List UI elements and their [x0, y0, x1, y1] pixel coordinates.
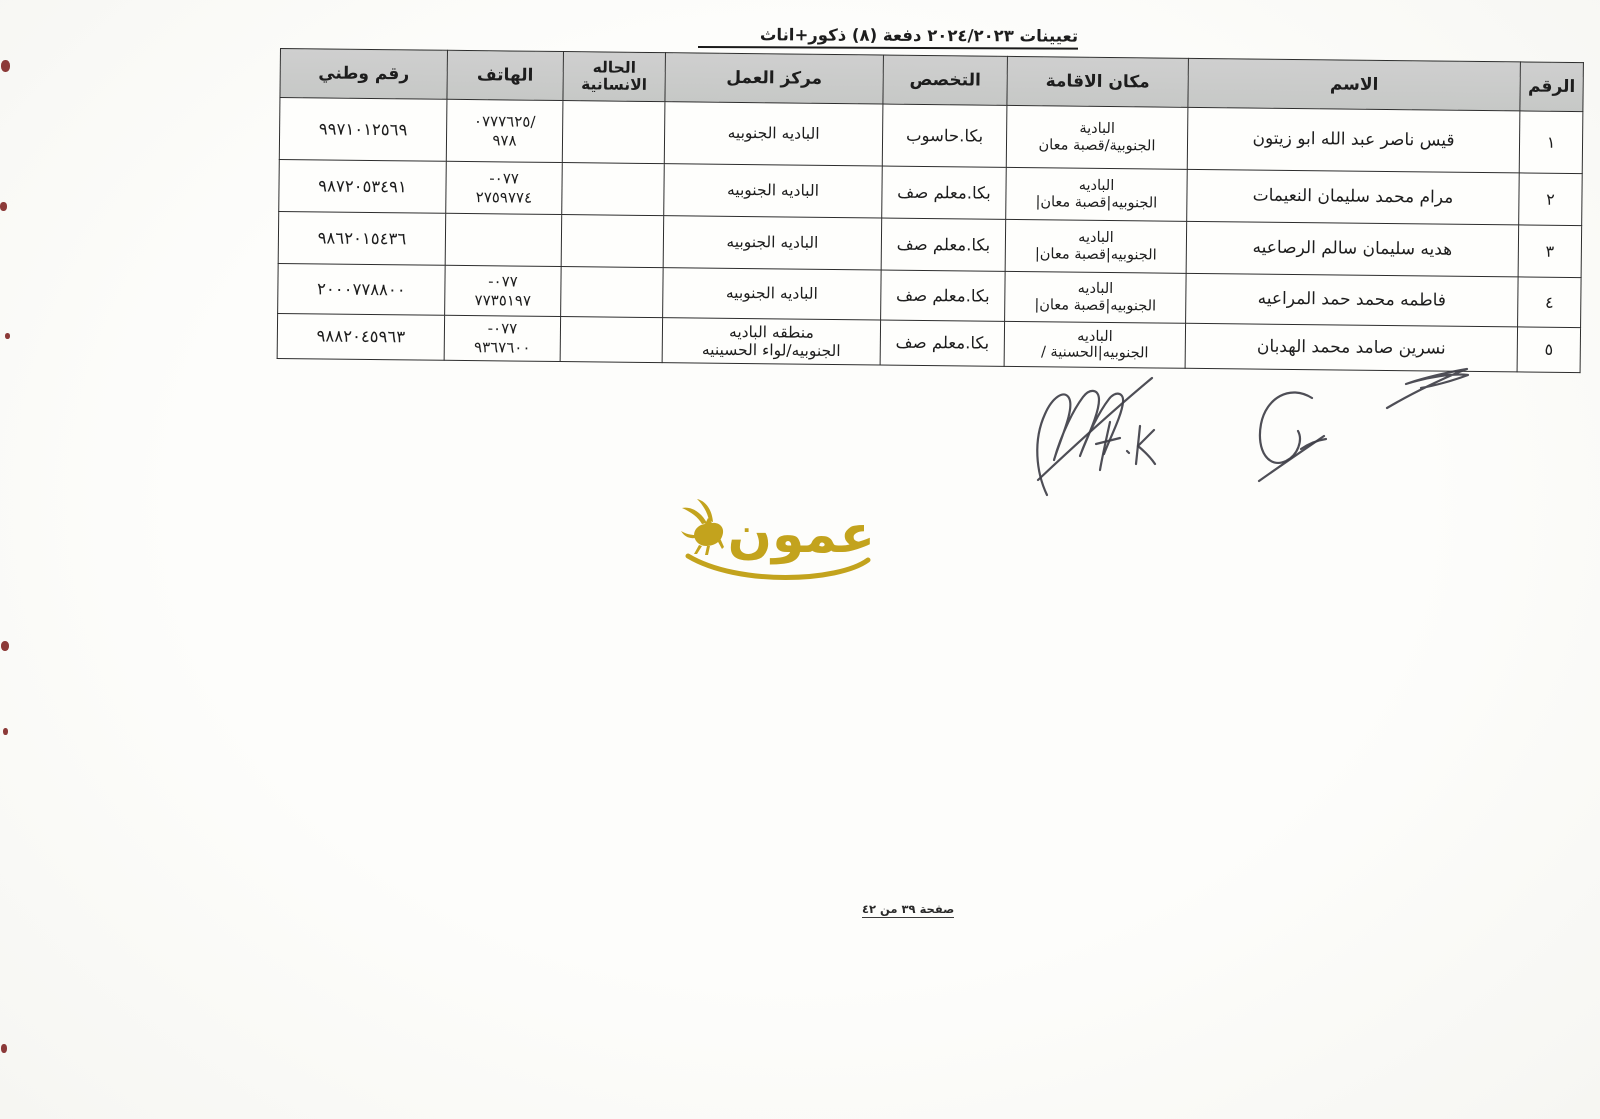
- cell-work-center: الباديه الجنوبيه: [664, 164, 883, 218]
- cell-specialization: بكا.معلم صف: [880, 320, 1004, 366]
- cell-name: قيس ناصر عبد الله ابو زيتون: [1187, 107, 1520, 173]
- cell-number: ٣: [1518, 225, 1582, 278]
- signature-right: [1387, 369, 1468, 408]
- scan-edge-mark: [1, 641, 9, 651]
- cell-phone: -٠٧٧ ٢٧٥٩٧٧٤: [446, 161, 563, 214]
- watermark-text: عمون: [728, 505, 875, 565]
- document-title: تعيينات ٢٠٢٤/٢٠٢٣ دفعة (٨) ذكور+اناث: [698, 25, 1078, 50]
- cell-humanitarian-status: [560, 317, 662, 363]
- cell-residence: البادية الجنوبية/قصبة معان: [1006, 105, 1188, 169]
- scan-edge-mark: [1, 60, 10, 72]
- cell-specialization: بكا.معلم صف: [882, 166, 1007, 219]
- header-work-center: مركز العمل: [665, 53, 884, 104]
- cell-phone: [445, 213, 562, 266]
- cell-humanitarian-status: [562, 101, 665, 164]
- cell-humanitarian-status: [561, 267, 664, 318]
- signature-middle: [1259, 392, 1326, 481]
- cell-number: ٢: [1519, 173, 1583, 226]
- scanned-document-page: تعيينات ٢٠٢٤/٢٠٢٣ دفعة (٨) ذكور+اناث الر…: [0, 0, 1600, 1119]
- cell-phone: -٠٧٧ ٧٧٣٥١٩٧: [445, 265, 562, 316]
- cell-national-id: ٩٩٧١٠١٢٥٦٩: [279, 98, 447, 162]
- cell-humanitarian-status: [562, 163, 665, 216]
- scan-edge-mark: [1, 1044, 7, 1053]
- cell-residence: الباديه الجنوبيه|قصبة معان|: [1005, 219, 1187, 273]
- ammon-watermark: عمون: [663, 488, 883, 588]
- scan-edge-mark: [5, 333, 10, 339]
- cell-phone: ٠٧٧٧٦٢٥/ ٩٧٨: [446, 99, 563, 162]
- cell-national-id: ٩٨٦٢٠١٥٤٣٦: [278, 211, 446, 265]
- header-phone: الهاتف: [447, 50, 564, 100]
- cell-work-center: منطقه الباديه الجنوبيه/لواء الحسينيه: [662, 318, 880, 365]
- cell-residence: الباديه الجنوبيه|قصبة معان|: [1005, 271, 1187, 323]
- cell-phone: -٠٧٧ ٩٣٦٧٦٠٠: [444, 315, 560, 361]
- cell-number: ٥: [1517, 327, 1580, 373]
- scan-edge-mark: [3, 728, 8, 735]
- cell-national-id: ٩٨٨٢٠٤٥٩٦٣: [277, 313, 444, 360]
- header-humanitarian-status: الحاله الانسانية: [563, 52, 666, 102]
- cell-work-center: الباديه الجنوبيه: [663, 216, 882, 270]
- cell-national-id: ٢٠٠٠٧٧٨٨٠٠: [278, 263, 446, 315]
- cell-number: ٤: [1518, 277, 1582, 328]
- cell-name: فاطمه محمد حمد المراعيه: [1186, 273, 1519, 327]
- cell-specialization: بكا.معلم صف: [881, 218, 1006, 271]
- cell-work-center: الباديه الجنوبيه: [663, 268, 882, 320]
- cell-specialization: بكا.حاسوب: [882, 104, 1007, 167]
- header-national-id: رقم وطني: [280, 49, 448, 100]
- cell-number: ١: [1519, 111, 1583, 174]
- header-name: الاسم: [1188, 58, 1521, 111]
- scan-edge-mark: [0, 202, 7, 211]
- cell-specialization: بكا.معلم صف: [881, 270, 1006, 321]
- cell-work-center: الباديه الجنوبيه: [664, 102, 883, 166]
- header-number: الرقم: [1520, 62, 1584, 112]
- pegasus-logo-icon: [681, 499, 724, 555]
- header-residence: مكان الاقامة: [1007, 56, 1189, 107]
- cell-national-id: ٩٨٧٢٠٥٣٤٩١: [279, 159, 447, 213]
- appointments-table: الرقم الاسم مكان الاقامة التخصص مركز الع…: [277, 48, 1584, 373]
- cell-residence: الباديه الجنوبيه|قصبة معان|: [1006, 167, 1188, 221]
- page-number-footer: صفحة ٣٩ من ٤٢: [862, 902, 954, 918]
- header-specialization: التخصص: [883, 55, 1008, 105]
- signature-left: [1037, 378, 1155, 495]
- handwritten-signatures: [1000, 352, 1500, 502]
- cell-name: هديه سليمان سالم الرصاعيه: [1186, 221, 1519, 277]
- cell-humanitarian-status: [561, 215, 664, 268]
- cell-name: مرام محمد سليمان النعيمات: [1187, 169, 1520, 225]
